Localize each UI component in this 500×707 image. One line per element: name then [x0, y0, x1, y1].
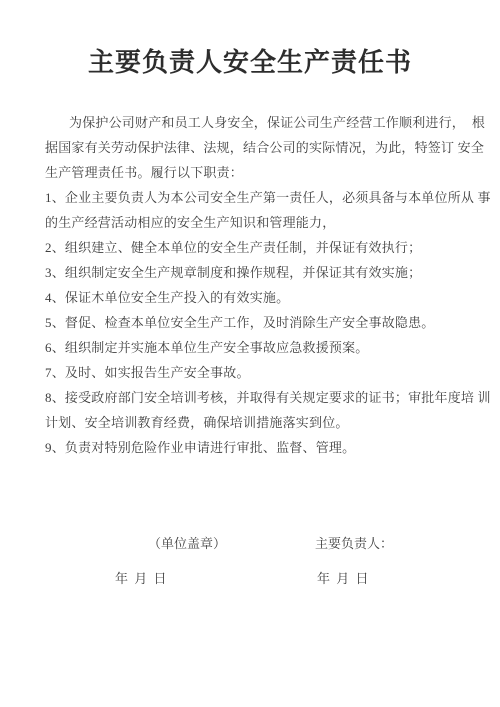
principal-date-field: 年 月 日: [317, 568, 369, 587]
duty-item-5: 5、督促、检查本单位安全生产工作，及时消除生产安全事故隐患。: [45, 310, 460, 335]
unit-date-field: 年 月 日: [115, 568, 167, 587]
responsibility-letter-page: 主要负责人安全生产责任书 为保护公司财产和员工人身安全，保证公司生产经营工作顺利…: [0, 0, 500, 707]
unit-seal-label: （单位盖章）: [148, 533, 226, 552]
signature-label-row: （单位盖章） 主要负责人：: [0, 533, 500, 553]
principal-signature-label: 主要负责人：: [315, 533, 393, 552]
duty-item-3: 3、组织制定安全生产规章制度和操作规程，并保证其有效实施；: [45, 260, 460, 285]
duty-item-7: 7、及时、如实报告生产安全事故。: [45, 360, 460, 385]
intro-line-3: 生产管理责任书。履行以下职责：: [45, 160, 460, 185]
document-body: 为保护公司财产和员工人身安全，保证公司生产经营工作顺利进行， 根 据国家有关劳动…: [45, 110, 460, 460]
intro-line-1: 为保护公司财产和员工人身安全，保证公司生产经营工作顺利进行， 根: [45, 110, 460, 135]
duty-item-8-line-2: 计划、安全培训教育经费，确保培训措施落实到位。: [45, 410, 460, 435]
duty-item-1-line-2: 的生产经营活动相应的安全生产知识和管理能力，: [45, 210, 460, 235]
signature-date-row: 年 月 日 年 月 日: [0, 568, 500, 588]
duty-item-1-line-1: 1、企业主要负责人为本公司安全生产第一责任人，必须具备与本单位所从 事: [45, 185, 460, 210]
duty-item-6: 6、组织制定并实施本单位生产安全事故应急救援预案。: [45, 335, 460, 360]
intro-line-2: 据国家有关劳动保护法律、法规，结合公司的实际情况，为此，特签订 安全: [45, 135, 460, 160]
duty-item-8-line-1: 8、接受政府部门安全培训考核，并取得有关规定要求的证书；审批年度培 训: [45, 385, 460, 410]
duty-item-9: 9、负责对特别危险作业申请进行审批、监督、管理。: [45, 435, 460, 460]
duty-item-2: 2、组织建立、健全本单位的安全生产责任制，并保证有效执行；: [45, 235, 460, 260]
document-title: 主要负责人安全生产责任书: [0, 42, 500, 79]
duty-item-4: 4、保证木单位安全生产投入的有效实施。: [45, 285, 460, 310]
